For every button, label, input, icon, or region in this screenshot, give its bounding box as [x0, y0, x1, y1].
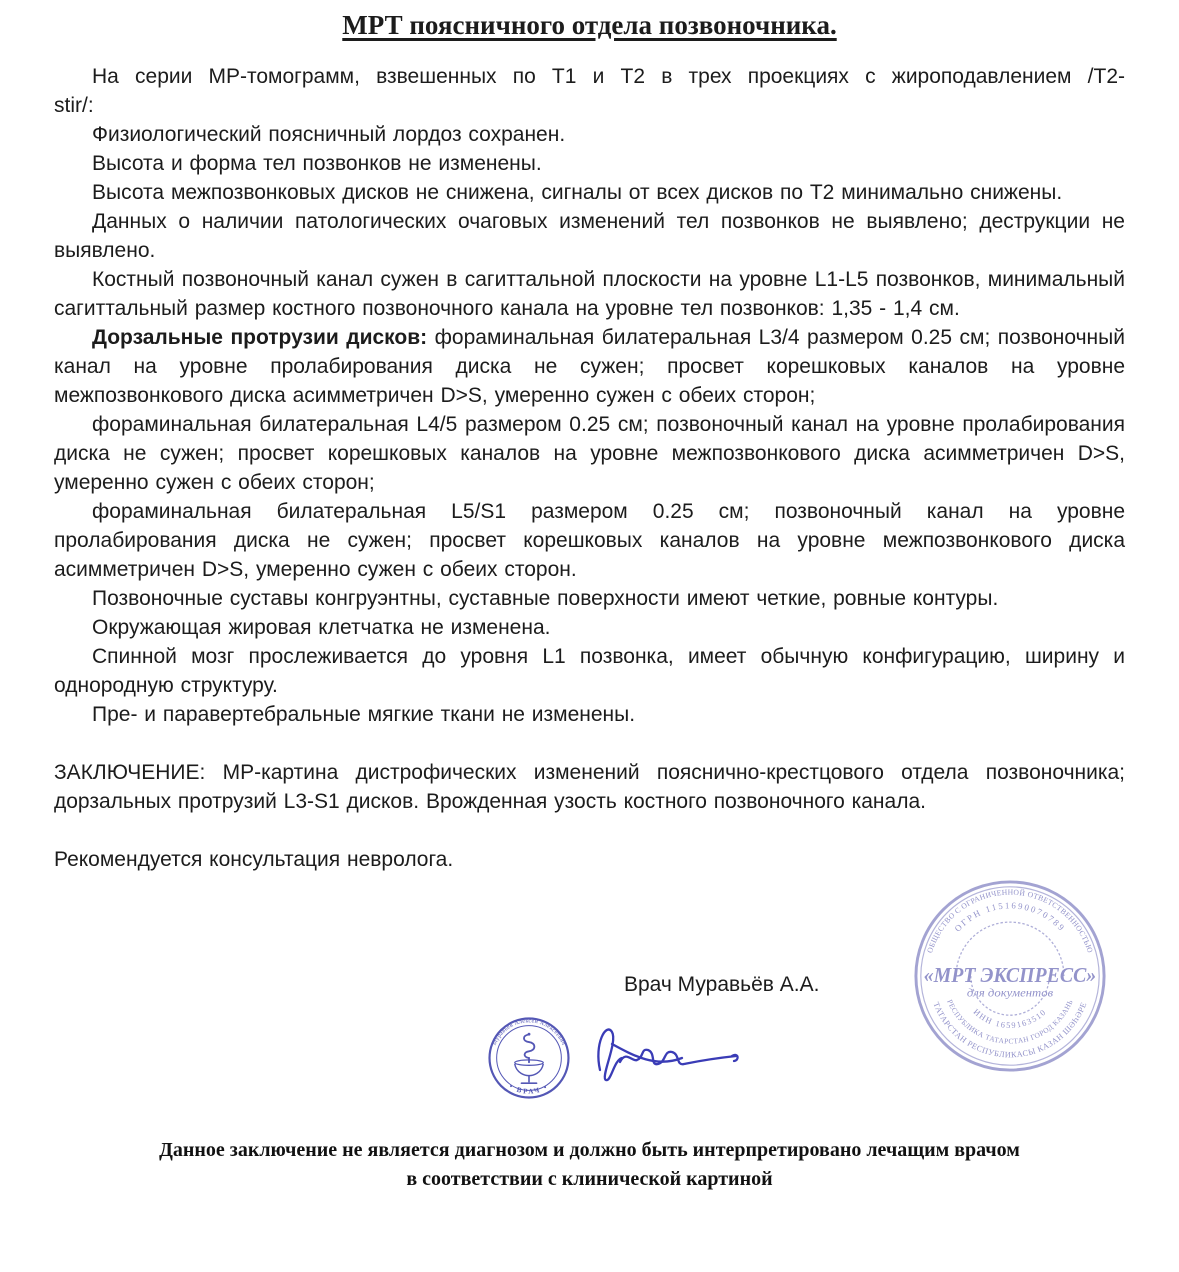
- paragraph-finding: Физиологический поясничный лордоз сохран…: [54, 120, 1125, 149]
- disclaimer-footer: Данное заключение не является диагнозом …: [0, 1136, 1179, 1194]
- protrusions-lead: Дорзальные протрузии дисков:: [92, 326, 427, 349]
- paragraph-finding: Спинной мозг прослеживается до уровня L1…: [54, 642, 1125, 700]
- paragraph-finding: Костный позвоночный канал сужен в сагитт…: [54, 265, 1125, 323]
- paragraph-intro-line1: На серии МР-томограмм, взвешенных по Т1 …: [54, 62, 1125, 91]
- paragraph-finding: Данных о наличии патологических очаговых…: [54, 207, 1125, 265]
- svg-text:ОБЩЕСТВО С ОГРАНИЧЕННОЙ ОТВЕТС: ОБЩЕСТВО С ОГРАНИЧЕННОЙ ОТВЕТСТВЕННОСТЬЮ: [925, 888, 1095, 954]
- document-page: МРТ поясничного отдела позвоночника. На …: [0, 0, 1179, 1272]
- paragraph-finding: Высота межпозвонковых дисков не снижена,…: [54, 178, 1125, 207]
- conclusion-paragraph: ЗАКЛЮЧЕНИЕ: МР-картина дистрофических из…: [54, 758, 1125, 816]
- stamp-org-ring-outer-top: ОБЩЕСТВО С ОГРАНИЧЕННОЙ ОТВЕТСТВЕННОСТЬЮ: [925, 888, 1095, 954]
- svg-text:ИНН 1659163510: ИНН 1659163510: [972, 1007, 1049, 1030]
- paragraph-finding: Позвоночные суставы конгруэнтны, суставн…: [54, 584, 1125, 613]
- stamp-org-ring-inn: ИНН 1659163510: [972, 1007, 1049, 1030]
- bowl-of-hygieia-icon: [515, 1033, 544, 1083]
- organization-stamp: ОБЩЕСТВО С ОГРАНИЧЕННОЙ ОТВЕТСТВЕННОСТЬЮ…: [912, 878, 1108, 1074]
- stamp-org-subtitle: для документов: [967, 988, 1053, 1000]
- paragraph-protrusions-l45: фораминальная билатеральная L4/5 размеро…: [54, 410, 1125, 497]
- doctor-stamp: Муравьёв Алексей Алексеевич • ВРАЧ •: [487, 1016, 571, 1100]
- paragraph-protrusions-l5s1: фораминальная билатеральная L5/S1 размер…: [54, 497, 1125, 584]
- stamp-org-name: «МРТ ЭКСПРЕСС»: [924, 965, 1096, 987]
- page-title: МРТ поясничного отдела позвоночника.: [54, 8, 1125, 42]
- disclaimer-line2: в соответствии с клинической картиной: [0, 1165, 1179, 1194]
- report-body: МРТ поясничного отдела позвоночника. На …: [0, 8, 1179, 874]
- paragraph-finding: Пре- и паравертебральные мягкие ткани не…: [54, 700, 1125, 729]
- paragraph-finding: Высота и форма тел позвонков не изменены…: [54, 149, 1125, 178]
- recommendation-paragraph: Рекомендуется консультация невролога.: [54, 845, 1125, 874]
- paragraph-protrusions-l34: Дорзальные протрузии дисков: фораминальн…: [54, 323, 1125, 410]
- paragraph-intro-line2: stir/:: [54, 91, 1125, 120]
- disclaimer-line1: Данное заключение не является диагнозом …: [0, 1136, 1179, 1165]
- paragraph-finding: Окружающая жировая клетчатка не изменена…: [54, 613, 1125, 642]
- doctor-signature-label: Врач Муравьёв А.А.: [624, 970, 819, 999]
- doctor-signature: [584, 1014, 754, 1090]
